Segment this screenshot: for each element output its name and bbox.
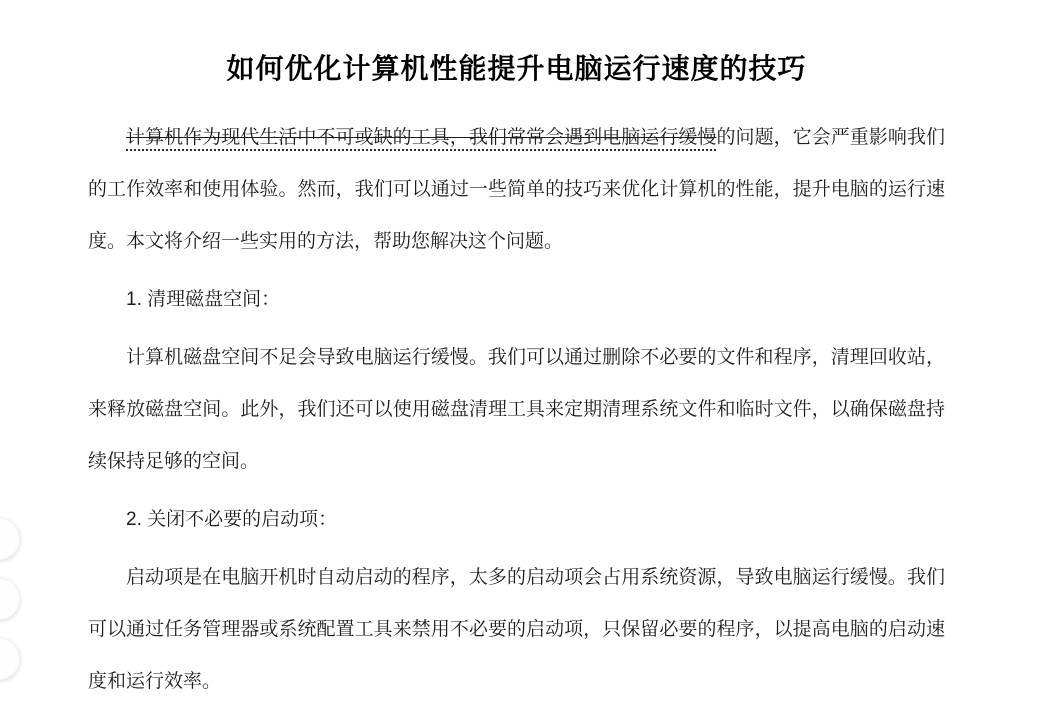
document-page: { "document": { "title": "如何优化计算机性能提升电脑运… [0,0,1049,712]
section-1-heading: 1. 清理磁盘空间： [88,274,945,326]
floating-sidebar-button-top[interactable] [0,518,20,560]
floating-sidebar-button-middle[interactable] [0,578,20,620]
floating-sidebar-button-bottom[interactable] [0,638,20,680]
section-1-paragraph: 计算机磁盘空间不足会导致电脑运行缓慢。我们可以通过删除不必要的文件和程序，清理回… [88,332,945,488]
paragraph-intro: 计算机作为现代生活中不可或缺的工具，我们常常会遇到电脑运行缓慢的问题，它会严重影… [88,112,945,268]
document-body: 如何优化计算机性能提升电脑运行速度的技巧 计算机作为现代生活中不可或缺的工具，我… [88,48,945,712]
section-2-paragraph: 启动项是在电脑开机时自动启动的程序，太多的启动项会占用系统资源，导致电脑运行缓慢… [88,552,945,708]
section-2-heading: 2. 关闭不必要的启动项： [88,494,945,546]
document-title: 如何优化计算机性能提升电脑运行速度的技巧 [88,48,945,90]
tracked-change-strikethrough-text: 计算机作为现代生活中不可或缺的工具，我们常常会遇到电脑运行缓慢 [126,127,716,151]
